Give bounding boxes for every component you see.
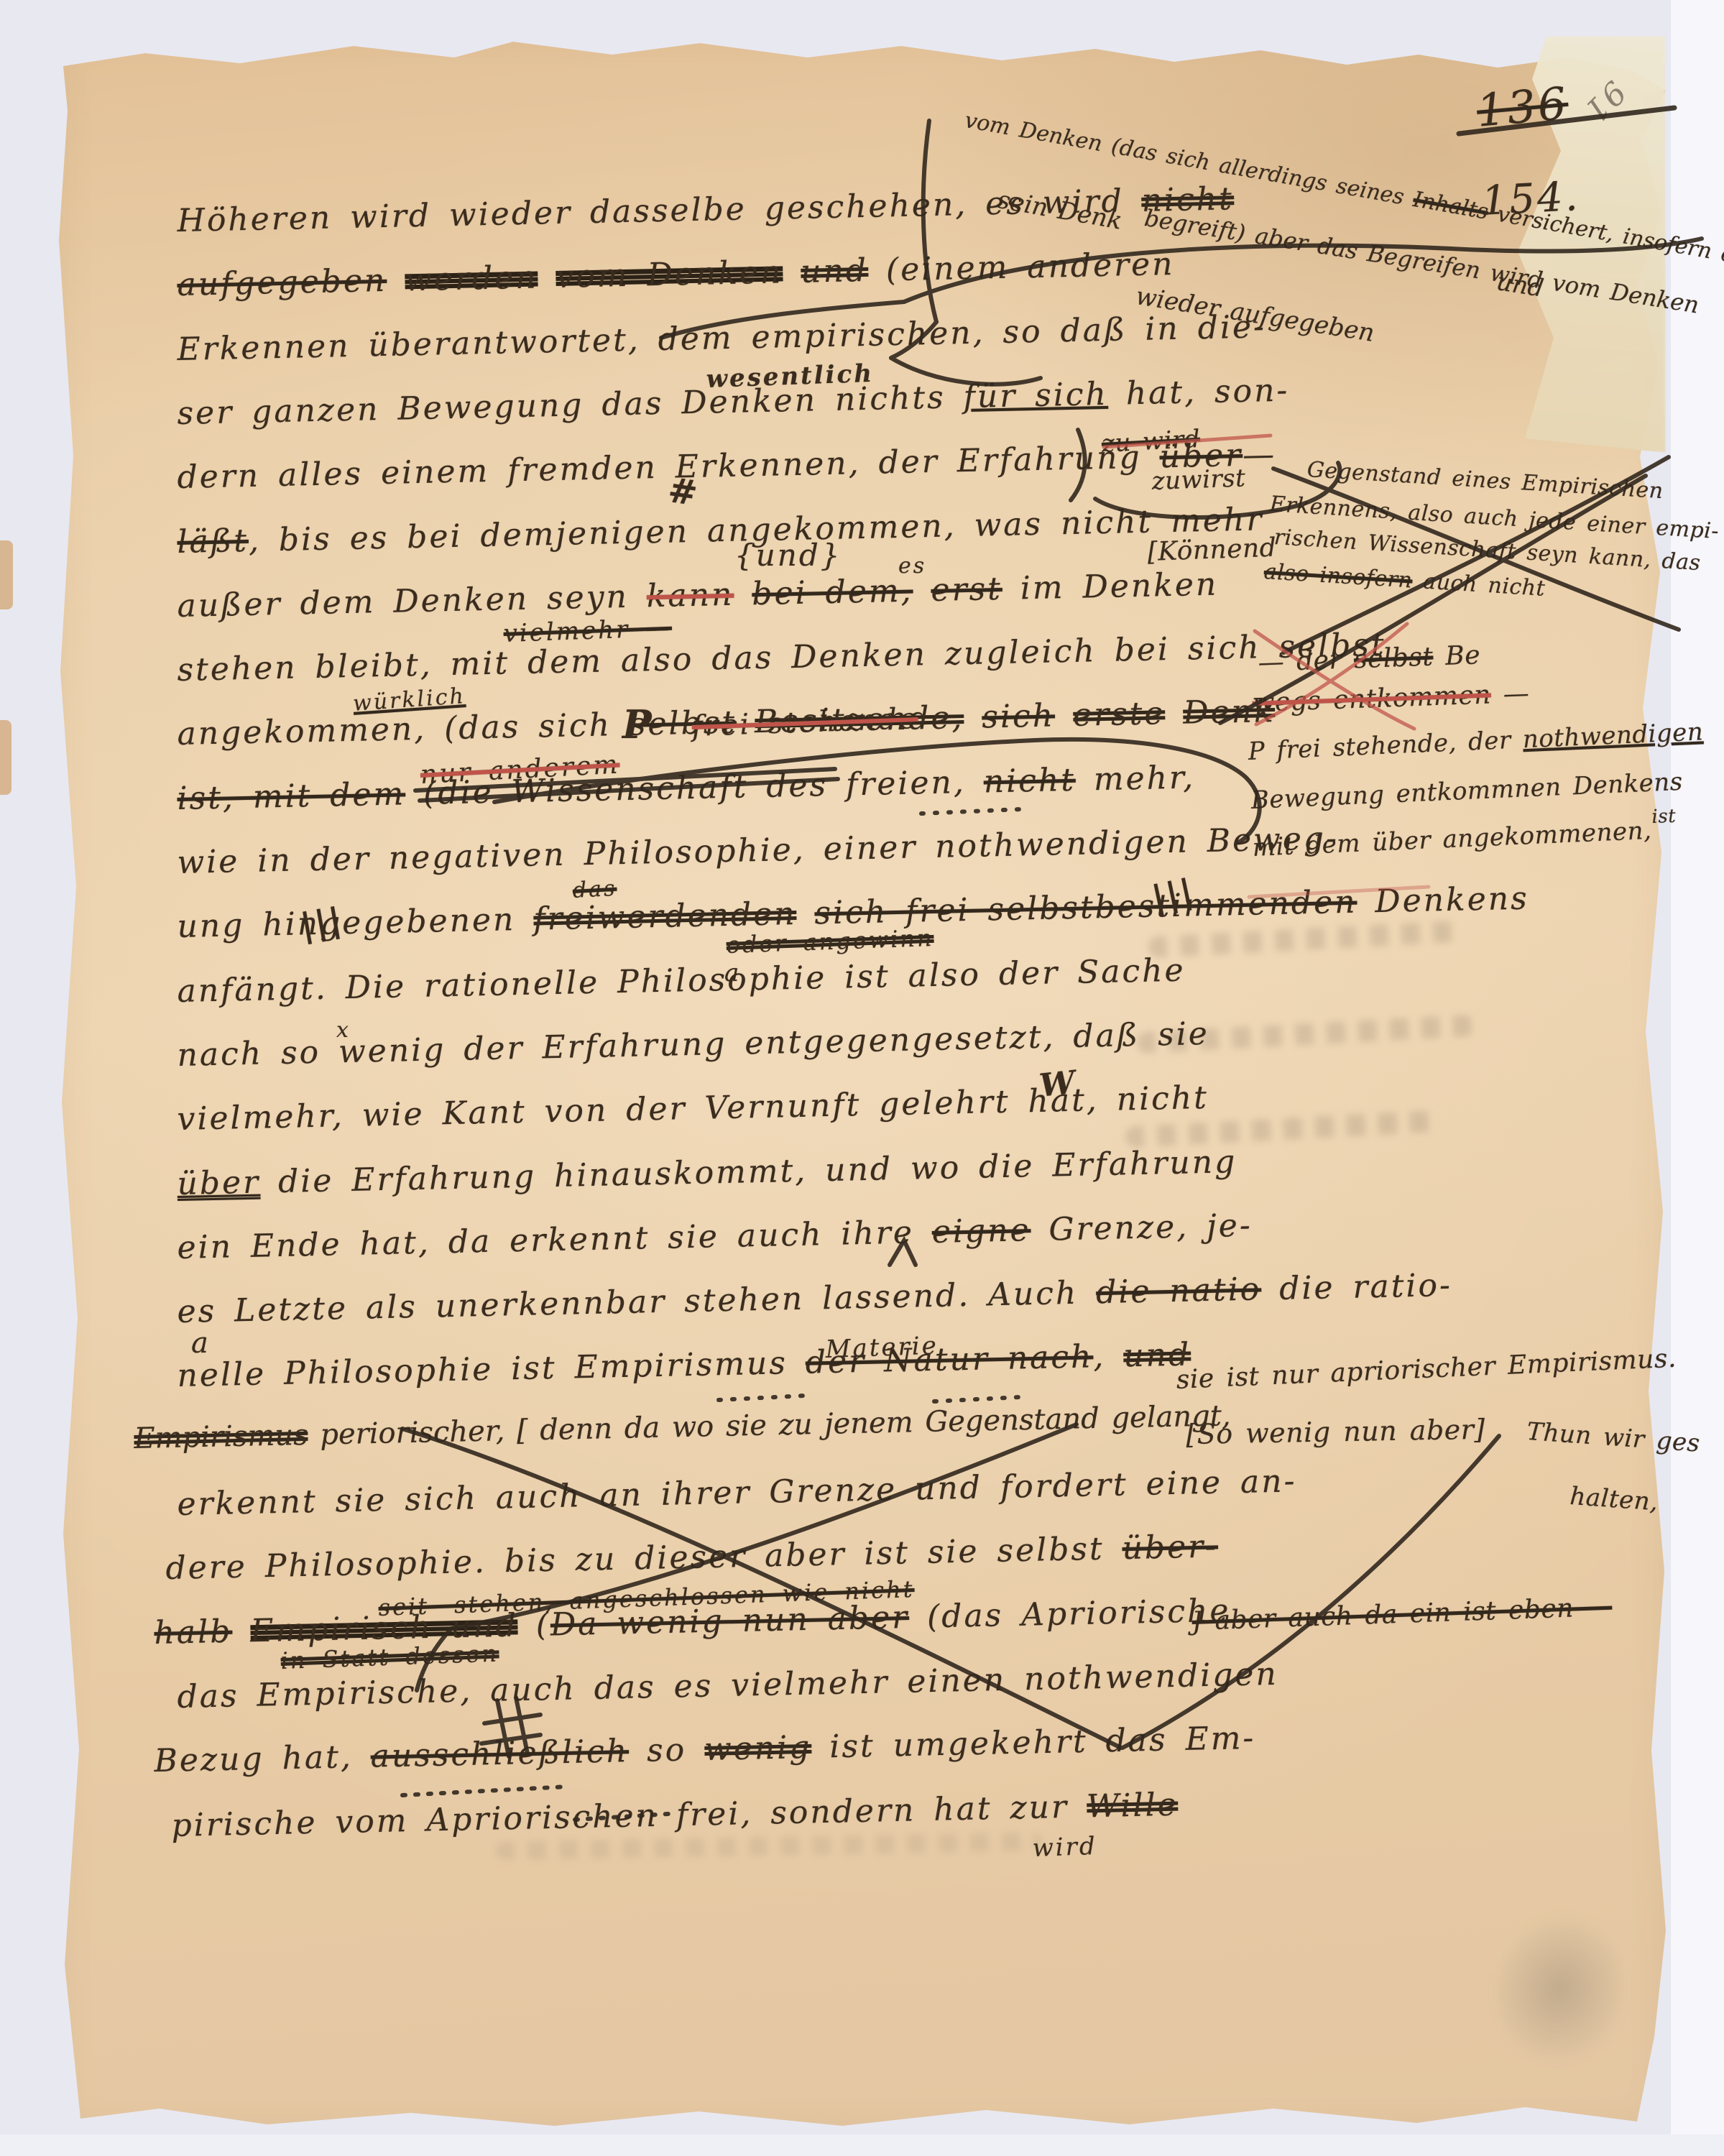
note-thun-line-2: halten, (1569, 1482, 1659, 1516)
main-text-line-7-segment: bei dem, (752, 572, 913, 612)
margin-note-b-line-1-segment: selbst (1353, 642, 1434, 674)
insert-es: es (898, 553, 926, 579)
main-text-line-19-segment: , (1093, 1338, 1124, 1376)
main-text-line-25-segment: wenig (704, 1729, 812, 1768)
main-text-line-2-segment (387, 262, 405, 300)
note-zuwider: zuwirst (1151, 464, 1246, 496)
main-text-line-12-segment: ung hingegebenen (177, 901, 534, 945)
old-page-number: 136 (1475, 77, 1570, 137)
main-text-line-16-segment: über (177, 1164, 261, 1202)
main-text-line-25-segment: Bezug hat, (154, 1738, 371, 1779)
main-text-line-2-segment: vom Denken (556, 254, 783, 296)
insert-x-mark: x (336, 1018, 351, 1043)
insert-wird: wird (1032, 1832, 1097, 1863)
note-zuwider-struck: zu wird (1101, 425, 1201, 459)
insert-und: {und} (734, 538, 842, 573)
main-text-line-9-segment (1054, 697, 1073, 734)
main-text-line-12-segment (796, 895, 815, 933)
tally-mark: ||| (298, 900, 346, 945)
adjacent-page-fragment (0, 540, 13, 609)
main-text-line-9-segment (1165, 695, 1184, 732)
insert-hash-mark: # (665, 470, 702, 514)
main-text-line-18-segment: die ratio- (1261, 1267, 1453, 1308)
margin-note-b-line-1-segment: Be (1433, 640, 1481, 671)
insert-materie: Materie (825, 1332, 939, 1364)
main-text-line-25-segment: so (629, 1731, 705, 1769)
main-text-line-7-segment (734, 576, 752, 613)
main-text-line-26-segment: Wille (1086, 1786, 1179, 1825)
main-text-line-17-segment: Grenze, je- (1031, 1207, 1253, 1248)
scan-backdrop-right (1671, 0, 1724, 2156)
main-text-line-2-segment: werden (405, 259, 538, 299)
main-text-line-5-segment: — (1243, 436, 1277, 474)
margin-note-b-line-1-segment: — der (1258, 645, 1355, 678)
main-text-line-23-segment: (das Apriorische (909, 1592, 1231, 1635)
scanned-manuscript-page: { "palette":{"backdrop":"#e8e8f1","paper… (0, 0, 1724, 2156)
main-text-line-20-segment: Empirismus (134, 1419, 308, 1455)
insert-w-mark: W (1038, 1064, 1079, 1105)
insert-a1: a (191, 1327, 211, 1360)
page-number: 154. (1480, 173, 1581, 225)
main-text-line-9-segment (964, 699, 982, 737)
main-text-line-10-segment: nicht (983, 761, 1076, 800)
main-text-line-2-segment: einem anderen (900, 246, 1175, 288)
insert-a2: a (724, 959, 741, 987)
insert-vielmehr: vielmehr — (503, 614, 673, 648)
main-text-line-2-segment: ( (867, 252, 900, 289)
note-so-wenig: [So wenig nun aber] (1186, 1414, 1485, 1450)
main-text-line-9-segment: sich (982, 698, 1056, 736)
insert-wesentlich: wesentlich (706, 359, 875, 394)
main-text-line-25-segment: ausschließlich (370, 1733, 629, 1775)
main-text-line-4-segment: hat, son- (1107, 372, 1290, 412)
main-text-line-10-segment: mehr, (1075, 759, 1195, 798)
main-text-line-6-segment: läßt (177, 522, 249, 560)
insert-p-mark: P (622, 701, 654, 747)
main-text-line-10-segment: ist, mit dem (177, 775, 406, 817)
main-text-line-23-segment: halb (154, 1613, 233, 1651)
main-text-line-2-segment (538, 259, 556, 296)
note-c-superscript: ist (1651, 806, 1677, 828)
note-koennend: [Könnend (1147, 533, 1277, 567)
main-text-line-9-segment: erste (1072, 696, 1165, 734)
main-text-line-2-segment: aufgegeben (177, 262, 387, 303)
main-text-line-2-segment: und (801, 252, 869, 290)
insert-das: das (572, 876, 617, 903)
main-text-line-7-segment: im Denken (1002, 566, 1218, 607)
main-text-line-18-segment: die natio (1096, 1271, 1262, 1311)
main-text-line-7-segment: erst (931, 571, 1002, 609)
main-text-line-7-segment: kann (646, 576, 734, 615)
main-text-line-4-segment: für sich (963, 376, 1108, 415)
main-text-line-23-segment (232, 1613, 251, 1650)
margin-note-b-line-2-segment: — (1490, 679, 1530, 710)
main-text-line-2-segment (783, 254, 801, 291)
scan-backdrop-bottom (0, 2134, 1724, 2156)
main-text-line-12-segment: Denkens (1357, 880, 1529, 921)
main-text-line-22-segment: über- (1122, 1529, 1218, 1567)
main-text-line-17-segment: eigne (931, 1212, 1031, 1250)
adjacent-page-fragment (0, 720, 11, 795)
